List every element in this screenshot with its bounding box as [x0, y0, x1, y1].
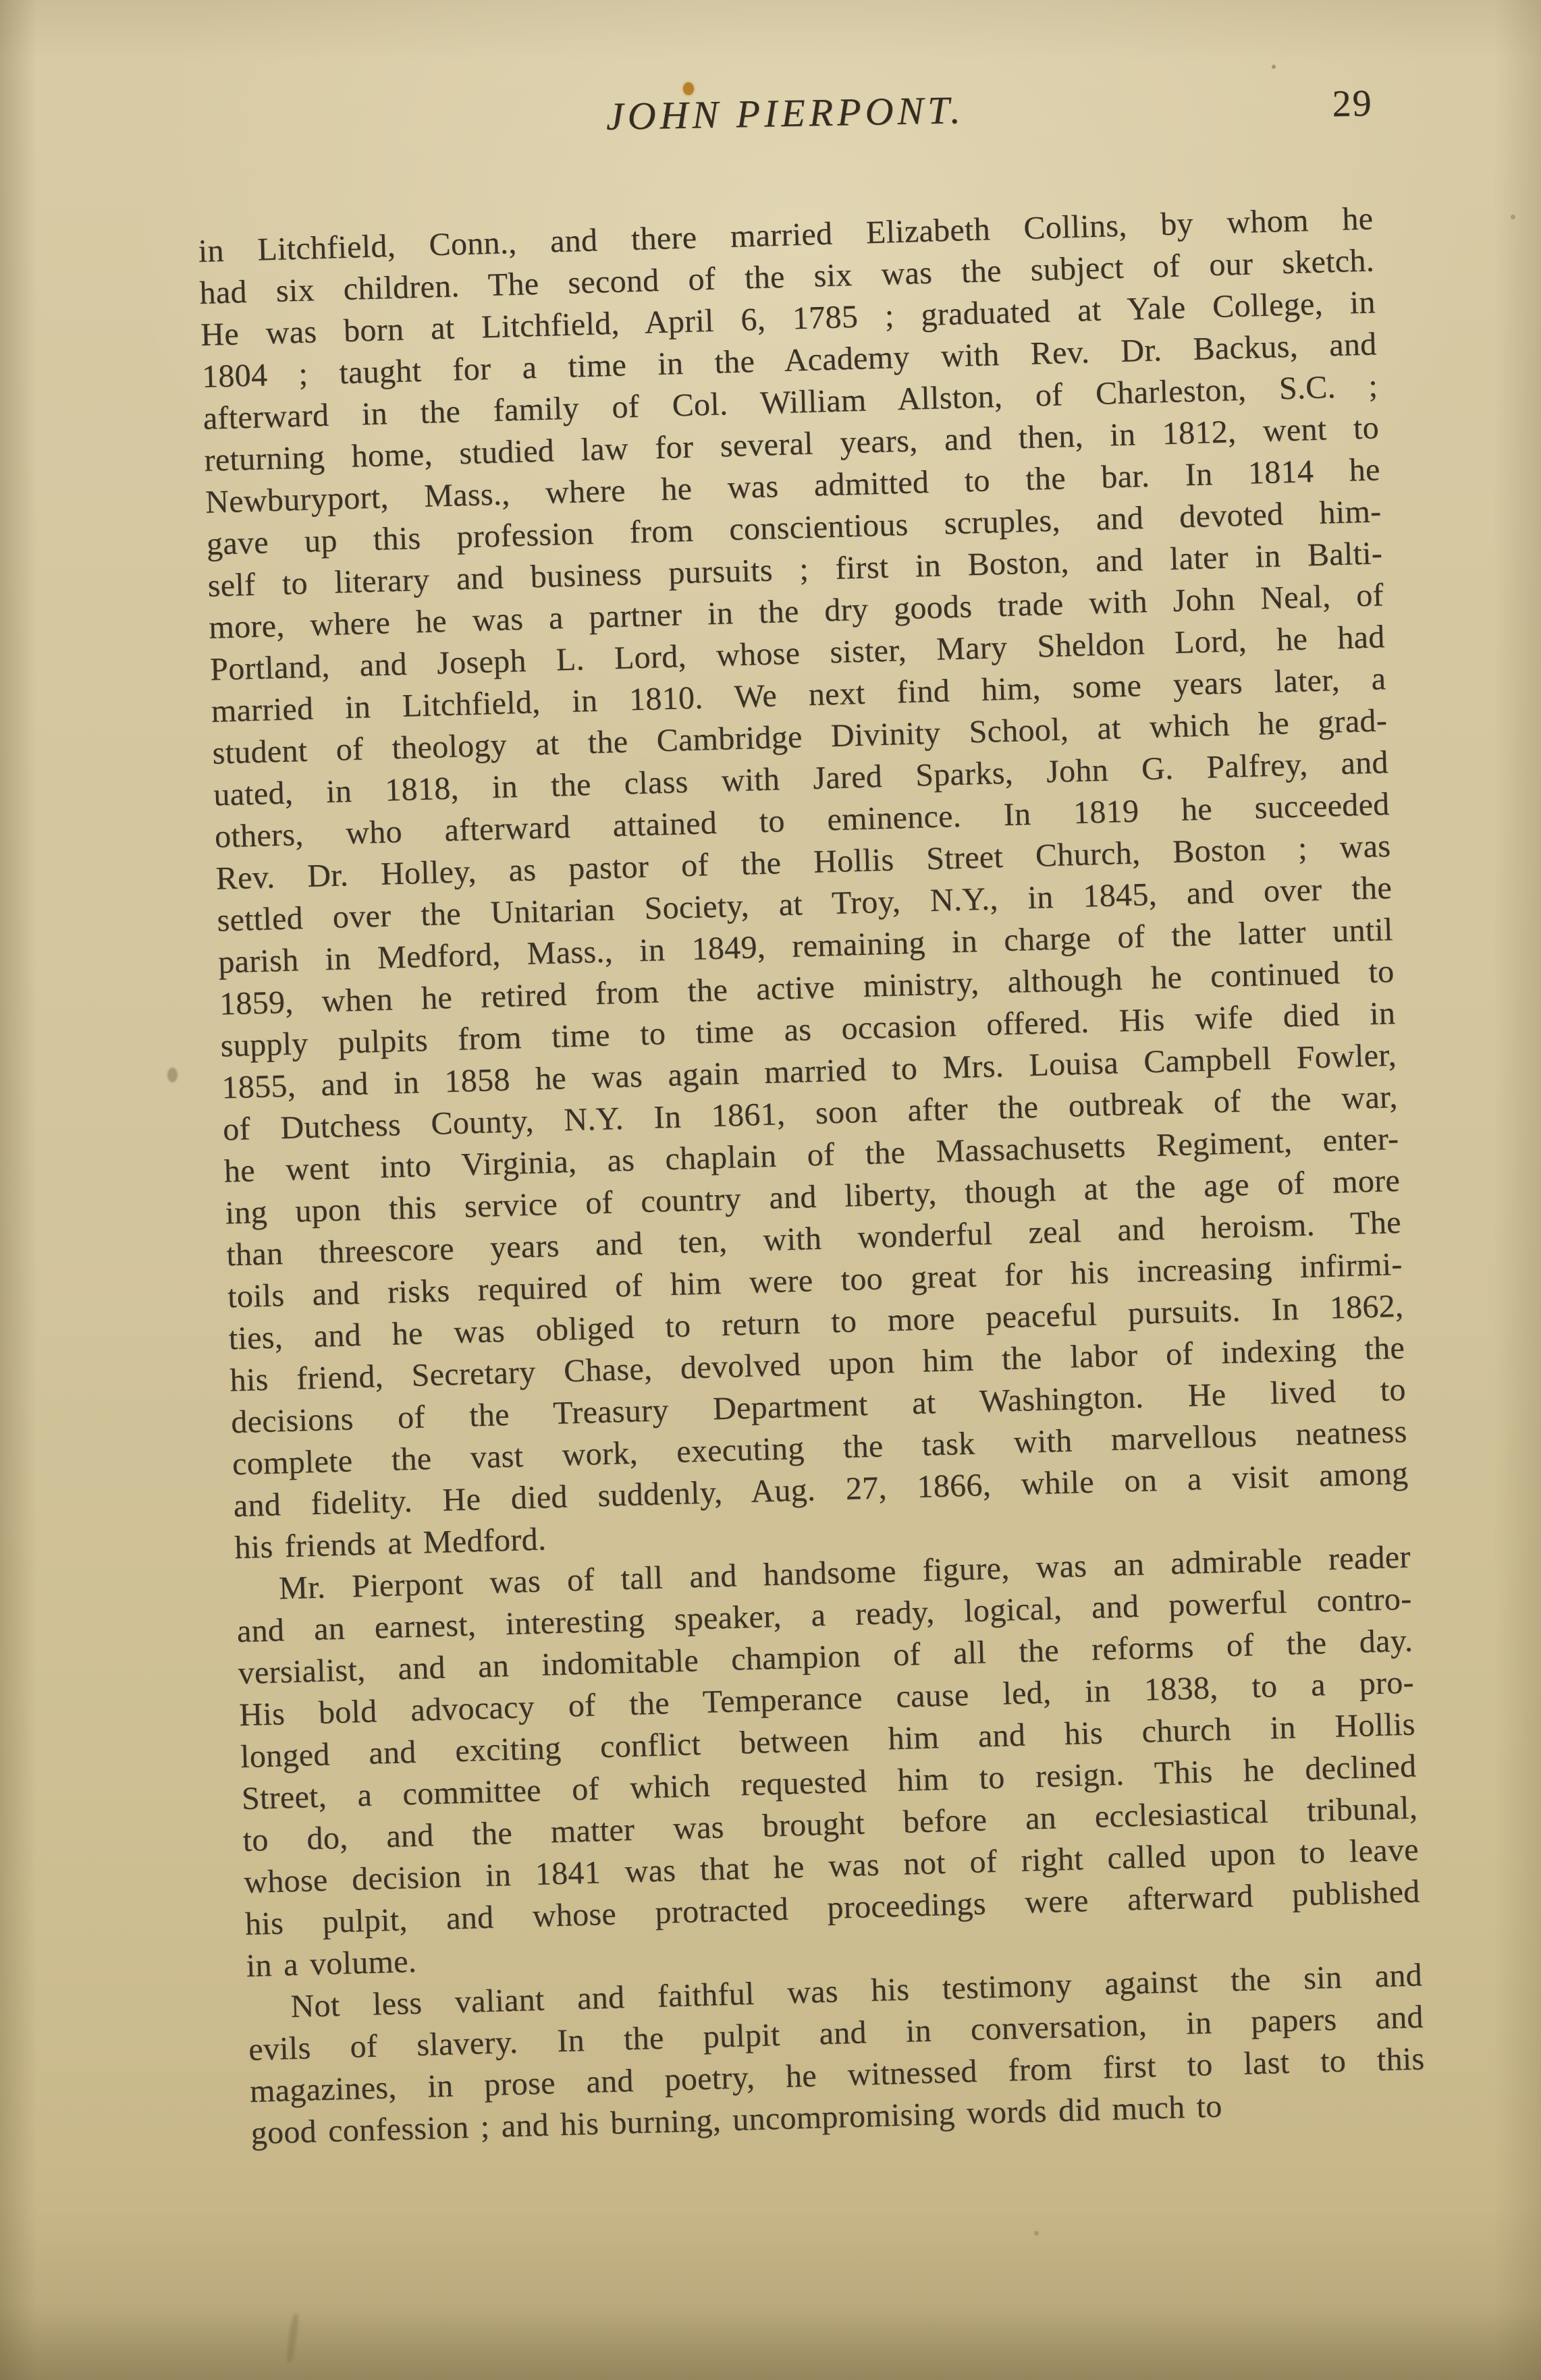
paragraph: Not less valiant and faithful was his te… — [247, 1954, 1426, 2155]
paper-speck — [1034, 2231, 1039, 2236]
paper-speck — [1272, 65, 1276, 69]
paper-speck — [167, 1068, 178, 1082]
page-number: 29 — [1332, 80, 1373, 128]
page-body-text: in Litchfield, Conn., and there married … — [198, 198, 1426, 2154]
paper-speck — [1511, 215, 1515, 219]
paragraph: in Litchfield, Conn., and there married … — [198, 198, 1410, 1569]
paragraph: Mr. Pierpont was of tall and handsome fi… — [235, 1537, 1422, 1987]
book-page-scan: { "header": { "title": "JOHN PIERPONT.",… — [0, 0, 1541, 2380]
paper-speck — [286, 2313, 300, 2364]
